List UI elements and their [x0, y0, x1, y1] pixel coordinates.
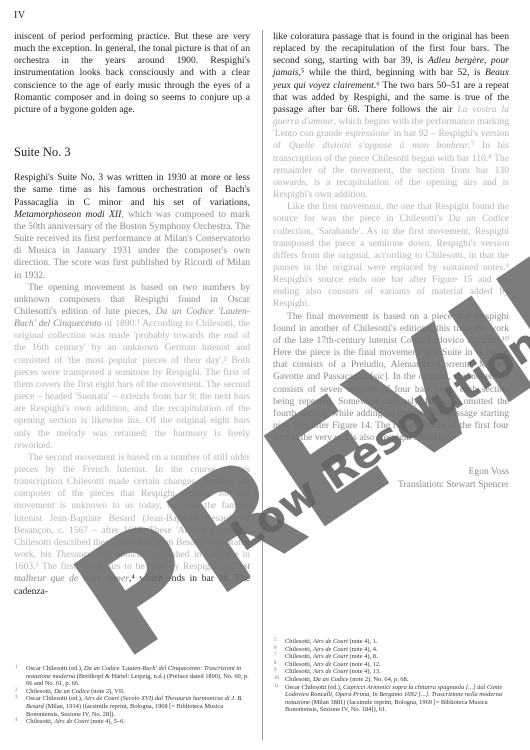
translator-credit: Translation: Stewart Spencer — [273, 479, 509, 492]
footnote: 6Chilesotti, Airs de Court (note 4), 4. — [273, 646, 509, 654]
intro-paragraph: iniscent of period performing practice. … — [14, 31, 250, 116]
footnote: 5Chilesotti, Airs de Court (note 4), 1. — [273, 638, 509, 646]
paragraph-second-movement: The second movement is based on a number… — [14, 452, 250, 598]
footnote: 10Chilesotti, Da un Codice (note 2), No.… — [273, 676, 509, 684]
footnotes-left: 1Oscar Chilesotti (ed.), Da un Codice 'L… — [14, 665, 250, 726]
section-heading: Suite No. 3 — [14, 146, 250, 158]
page-number: IV — [14, 10, 26, 21]
paragraph-final-movement: The final movement is based on a piece t… — [273, 311, 509, 445]
signature-block: Egon Voss Translation: Stewart Spencer — [273, 466, 509, 491]
paragraph-suite-origin: Respighi's Suite No. 3 was written in 19… — [14, 172, 250, 281]
paragraph-third-movement: Like the first movement, the one that Re… — [273, 201, 509, 310]
column-divider — [262, 30, 263, 740]
paragraph-opening-movement: The opening movement is based on two num… — [14, 282, 250, 452]
footnote: 7Chilesotti, Airs de Court (note 4), 8. — [273, 653, 509, 661]
footnote: 4Chilesotti, Airs de Court (note 4), 5–6… — [14, 718, 250, 726]
footnote: 9Chilesotti, Airs de Court (note 4), 13. — [273, 668, 509, 676]
footnote: 2Chilesotti, Da un Codice (note 2), VII. — [14, 688, 250, 696]
footnote: 1Oscar Chilesotti (ed.), Da un Codice 'L… — [14, 665, 250, 688]
paragraph-songs: like coloratura passage that is found in… — [273, 31, 509, 201]
author-name: Egon Voss — [273, 466, 509, 479]
footnotes-right: 5Chilesotti, Airs de Court (note 4), 1. … — [273, 638, 509, 714]
footnote: 8Chilesotti, Airs de Court (note 4), 12. — [273, 661, 509, 669]
footnote: 3Oscar Chilesotti (ed.), Airs de Court (… — [14, 695, 250, 718]
footnote: 11Oscar Chilesotti (ed.), Capricci Armon… — [273, 684, 509, 714]
left-column: iniscent of period performing practice. … — [14, 31, 250, 598]
right-column: like coloratura passage that is found in… — [273, 31, 509, 491]
